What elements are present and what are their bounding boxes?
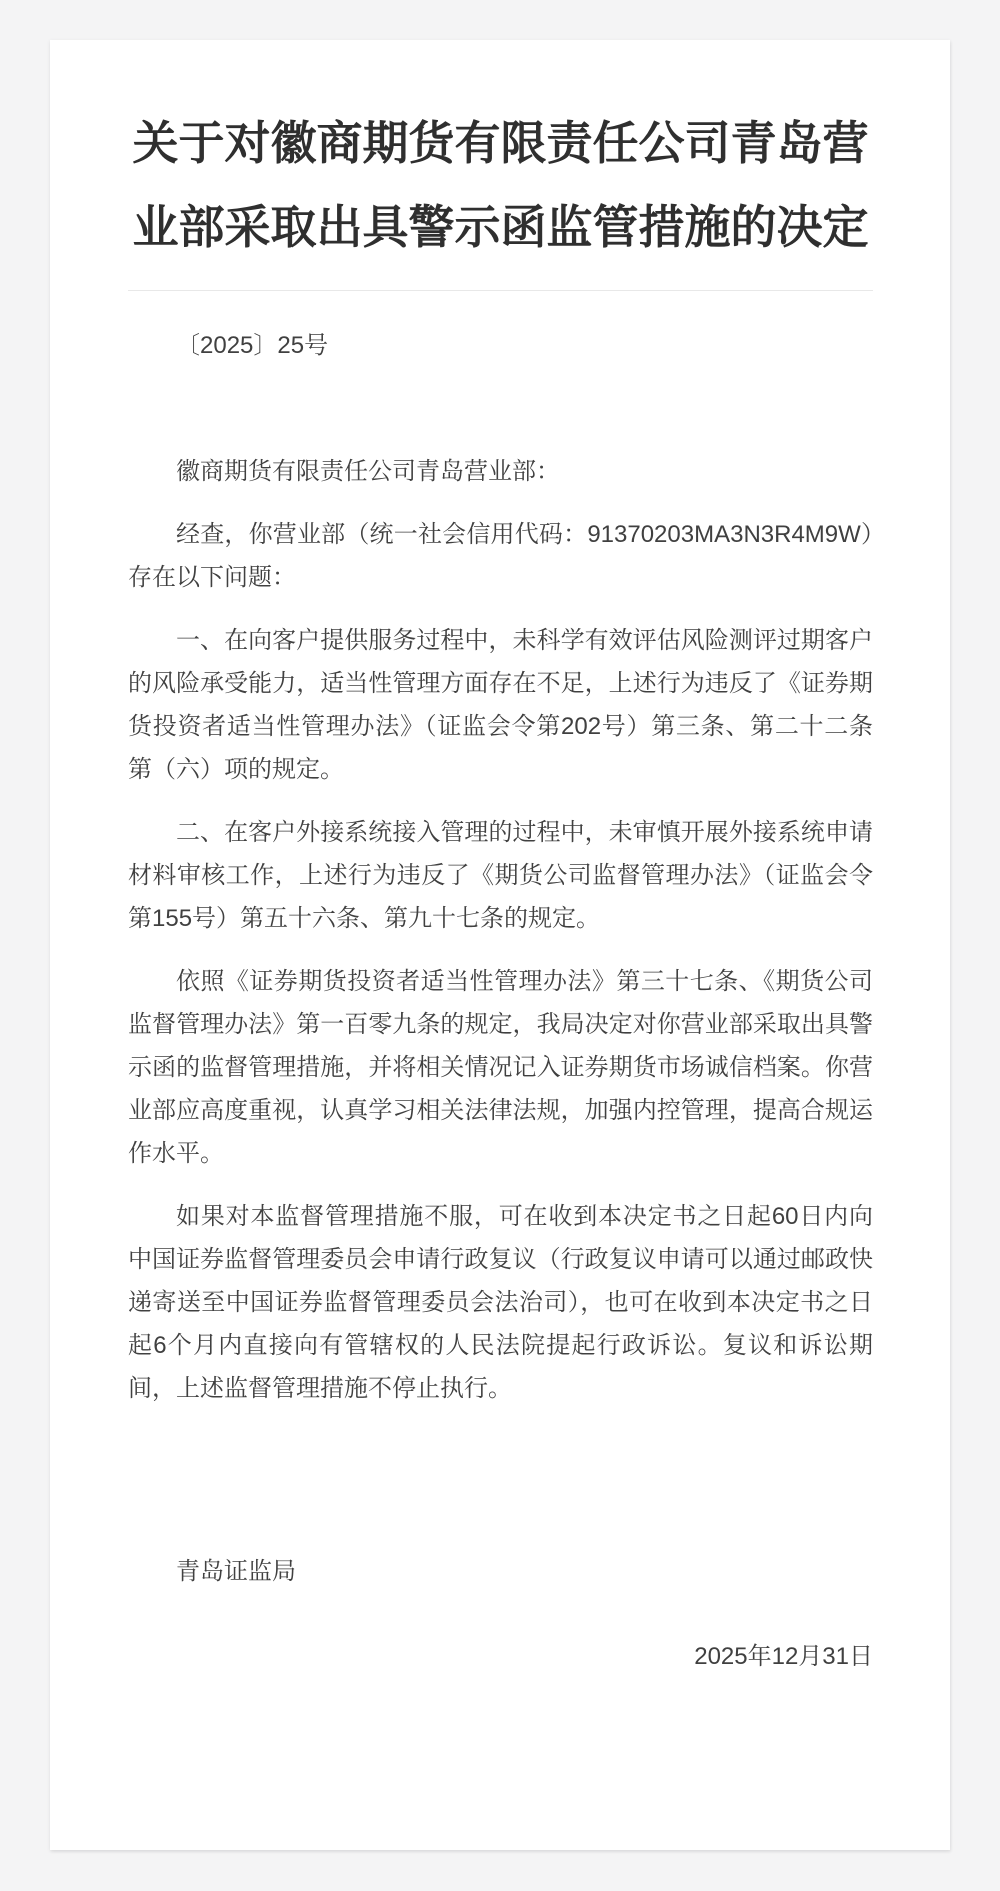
page-background: 关于对徽商期货有限责任公司青岛营业部采取出具警示函监管措施的决定 〔2025〕2…	[0, 0, 1000, 1891]
body-paragraph: 依照《证券期货投资者适当性管理办法》第三十七条、《期货公司监督管理办法》第一百零…	[128, 960, 873, 1175]
document-date: 2025年12月31日	[128, 1635, 873, 1678]
body-paragraph: 一、在向客户提供服务过程中，未科学有效评估风险测评过期客户的风险承受能力，适当性…	[128, 619, 873, 791]
issuer-signature: 青岛证监局	[128, 1550, 873, 1593]
doc-number: 〔2025〕25号	[128, 324, 873, 367]
blank-line-spacer	[128, 367, 873, 430]
body-paragraph: 如果对本监督管理措施不服，可在收到本决定书之日起60日内向中国证券监督管理委员会…	[128, 1195, 873, 1410]
body-paragraph: 二、在客户外接系统接入管理的过程中，未审慎开展外接系统申请材料审核工作，上述行为…	[128, 811, 873, 940]
title-divider	[128, 290, 873, 291]
document-title: 关于对徽商期货有限责任公司青岛营业部采取出具警示函监管措施的决定	[128, 101, 873, 269]
recipient-line: 徽商期货有限责任公司青岛营业部：	[128, 450, 873, 493]
document-card: 关于对徽商期货有限责任公司青岛营业部采取出具警示函监管措施的决定 〔2025〕2…	[50, 40, 950, 1850]
body-paragraph: 经查，你营业部（统一社会信用代码：91370203MA3N3R4M9W）存在以下…	[128, 513, 873, 599]
